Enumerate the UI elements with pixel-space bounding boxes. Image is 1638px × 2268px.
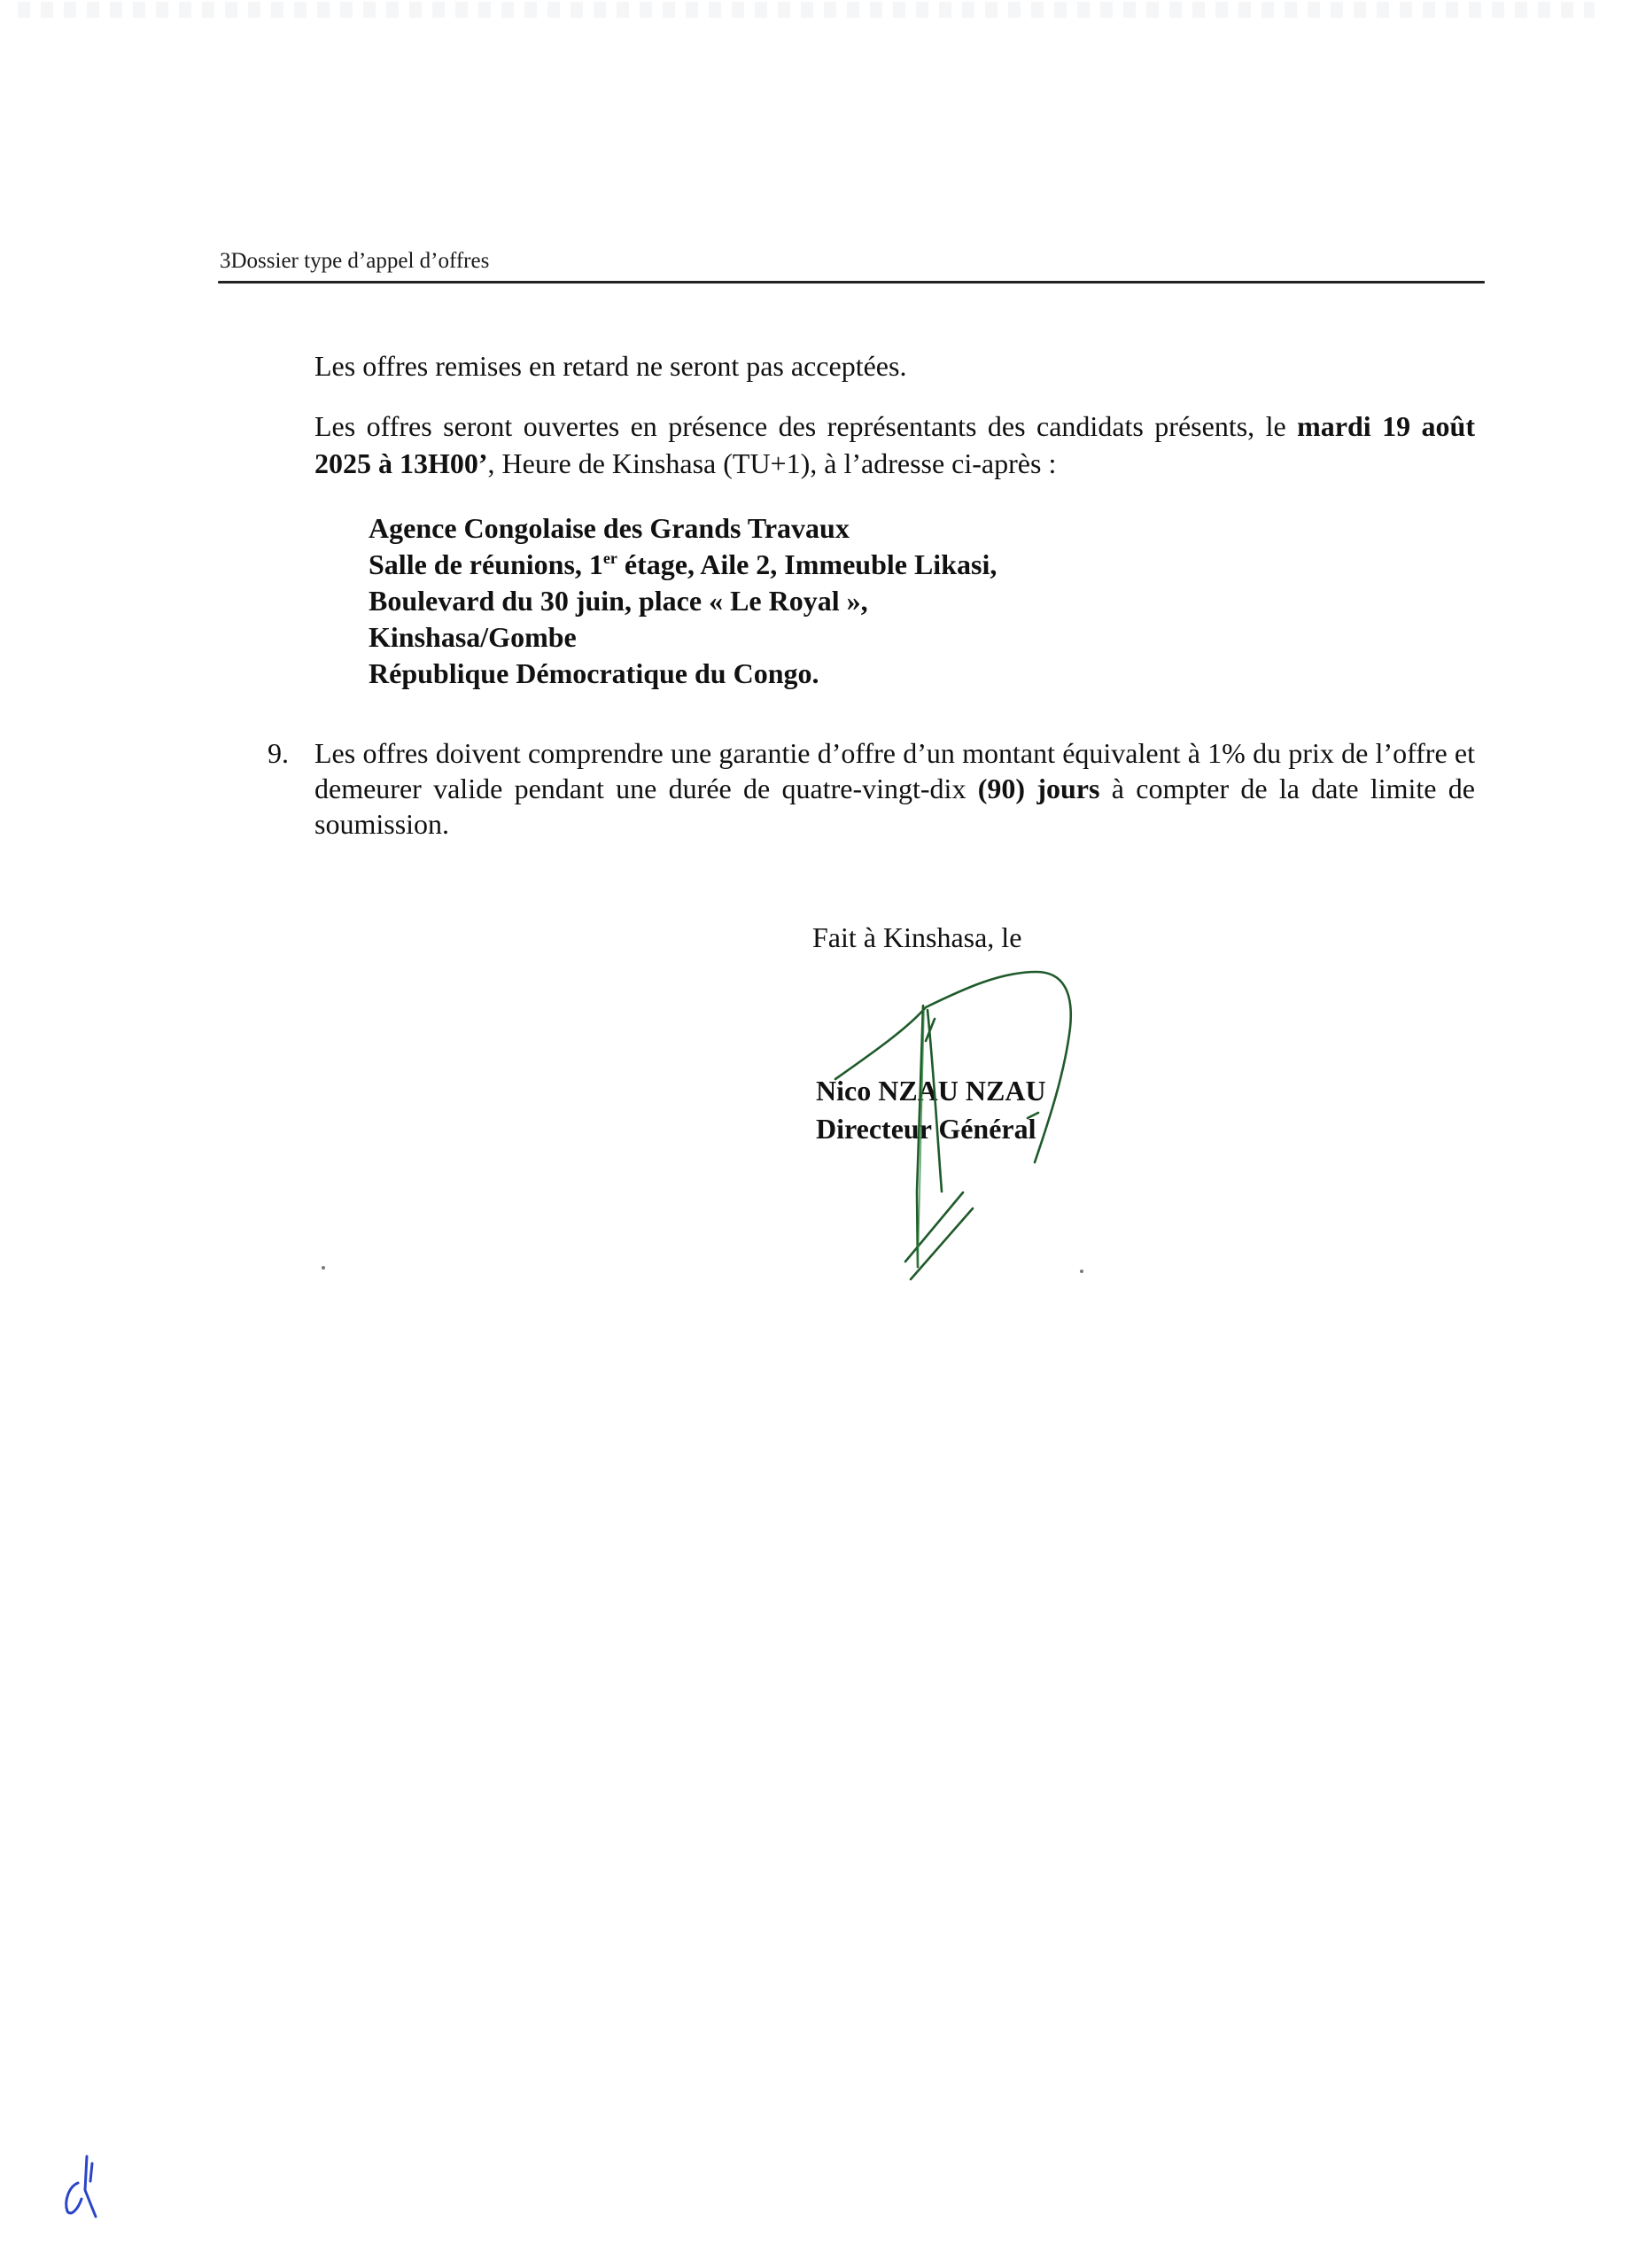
paragraph-opening: Les offres seront ouvertes en présence d… — [314, 408, 1475, 482]
handwritten-initial-icon — [60, 2155, 105, 2221]
scan-speck — [322, 1266, 325, 1270]
address-line-2-end: étage, Aile 2, Immeuble Likasi, — [617, 548, 997, 580]
item9-duration: (90) jours — [978, 773, 1100, 804]
ordinal-superscript: er — [603, 549, 617, 567]
running-header: 3Dossier type d’appel d’offres — [220, 248, 489, 275]
scan-bleed-through — [18, 2, 1595, 18]
list-item-9: 9. Les offres doivent comprendre une gar… — [268, 735, 1475, 842]
paragraph-late-offers: Les offres remises en retard ne seront p… — [314, 347, 1475, 384]
address-line-1: Agence Congolaise des Grands Travaux — [369, 510, 997, 547]
address-line-4: Kinshasa/Gombe — [369, 619, 997, 656]
address-line-2: Salle de réunions, 1er étage, Aile 2, Im… — [369, 547, 997, 583]
list-number: 9. — [268, 735, 289, 771]
signer-block: Nico NZAU NZAU Directeur Général — [816, 1072, 1046, 1148]
address-line-3: Boulevard du 30 juin, place « Le Royal »… — [369, 583, 997, 619]
address-line-2-start: Salle de réunions, 1 — [369, 548, 603, 580]
list-item-text: Les offres doivent comprendre une garant… — [314, 735, 1475, 842]
header-rule — [218, 281, 1485, 283]
place-date-line: Fait à Kinshasa, le — [812, 920, 1021, 955]
address-block: Agence Congolaise des Grands Travaux Sal… — [369, 510, 997, 692]
scan-speck — [1080, 1270, 1083, 1273]
opening-text-before: Les offres seront ouvertes en présence d… — [314, 410, 1297, 442]
signer-name: Nico NZAU NZAU — [816, 1072, 1046, 1110]
signer-title: Directeur Général — [816, 1110, 1046, 1148]
address-line-5: République Démocratique du Congo. — [369, 656, 997, 692]
opening-text-after: , Heure de Kinshasa (TU+1), à l’adresse … — [488, 447, 1057, 479]
